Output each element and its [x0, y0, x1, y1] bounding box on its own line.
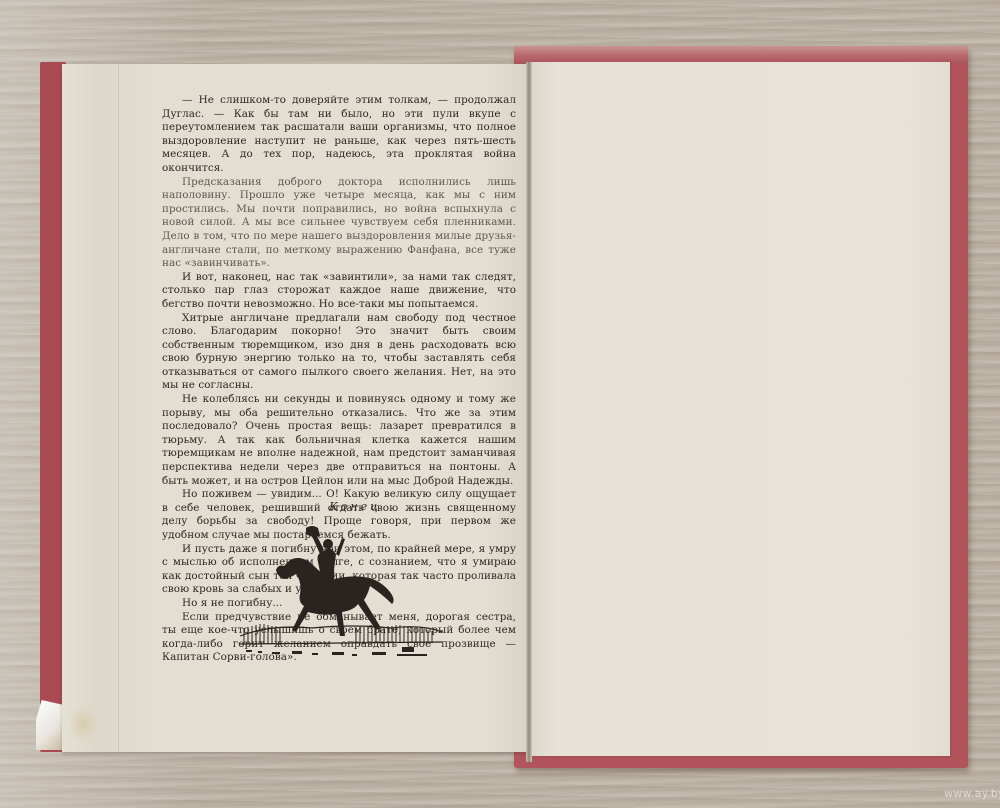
paragraph: Не колеблясь ни секунды и повинуясь одно…: [162, 393, 516, 488]
paragraph: Предсказания доброго доктора исполнились…: [162, 176, 516, 271]
paragraph: — Не слишком-то доверяйте этим толкам, —…: [162, 94, 516, 176]
horseman-woodcut-illustration: [232, 524, 450, 664]
page-stain: [68, 704, 98, 744]
page-fold-line: [118, 64, 119, 752]
paragraph: Хитрые англичане предлагали нам свободу …: [162, 312, 516, 394]
paragraph: И вот, наконец, нас так «завинтили», за …: [162, 271, 516, 312]
book-gutter: [526, 62, 532, 762]
cover-torn-corner: [36, 700, 64, 750]
watermark-text: www.ay.by: [944, 787, 1000, 800]
right-page-blank: [530, 62, 950, 756]
the-end-label: Конец: [300, 500, 410, 513]
